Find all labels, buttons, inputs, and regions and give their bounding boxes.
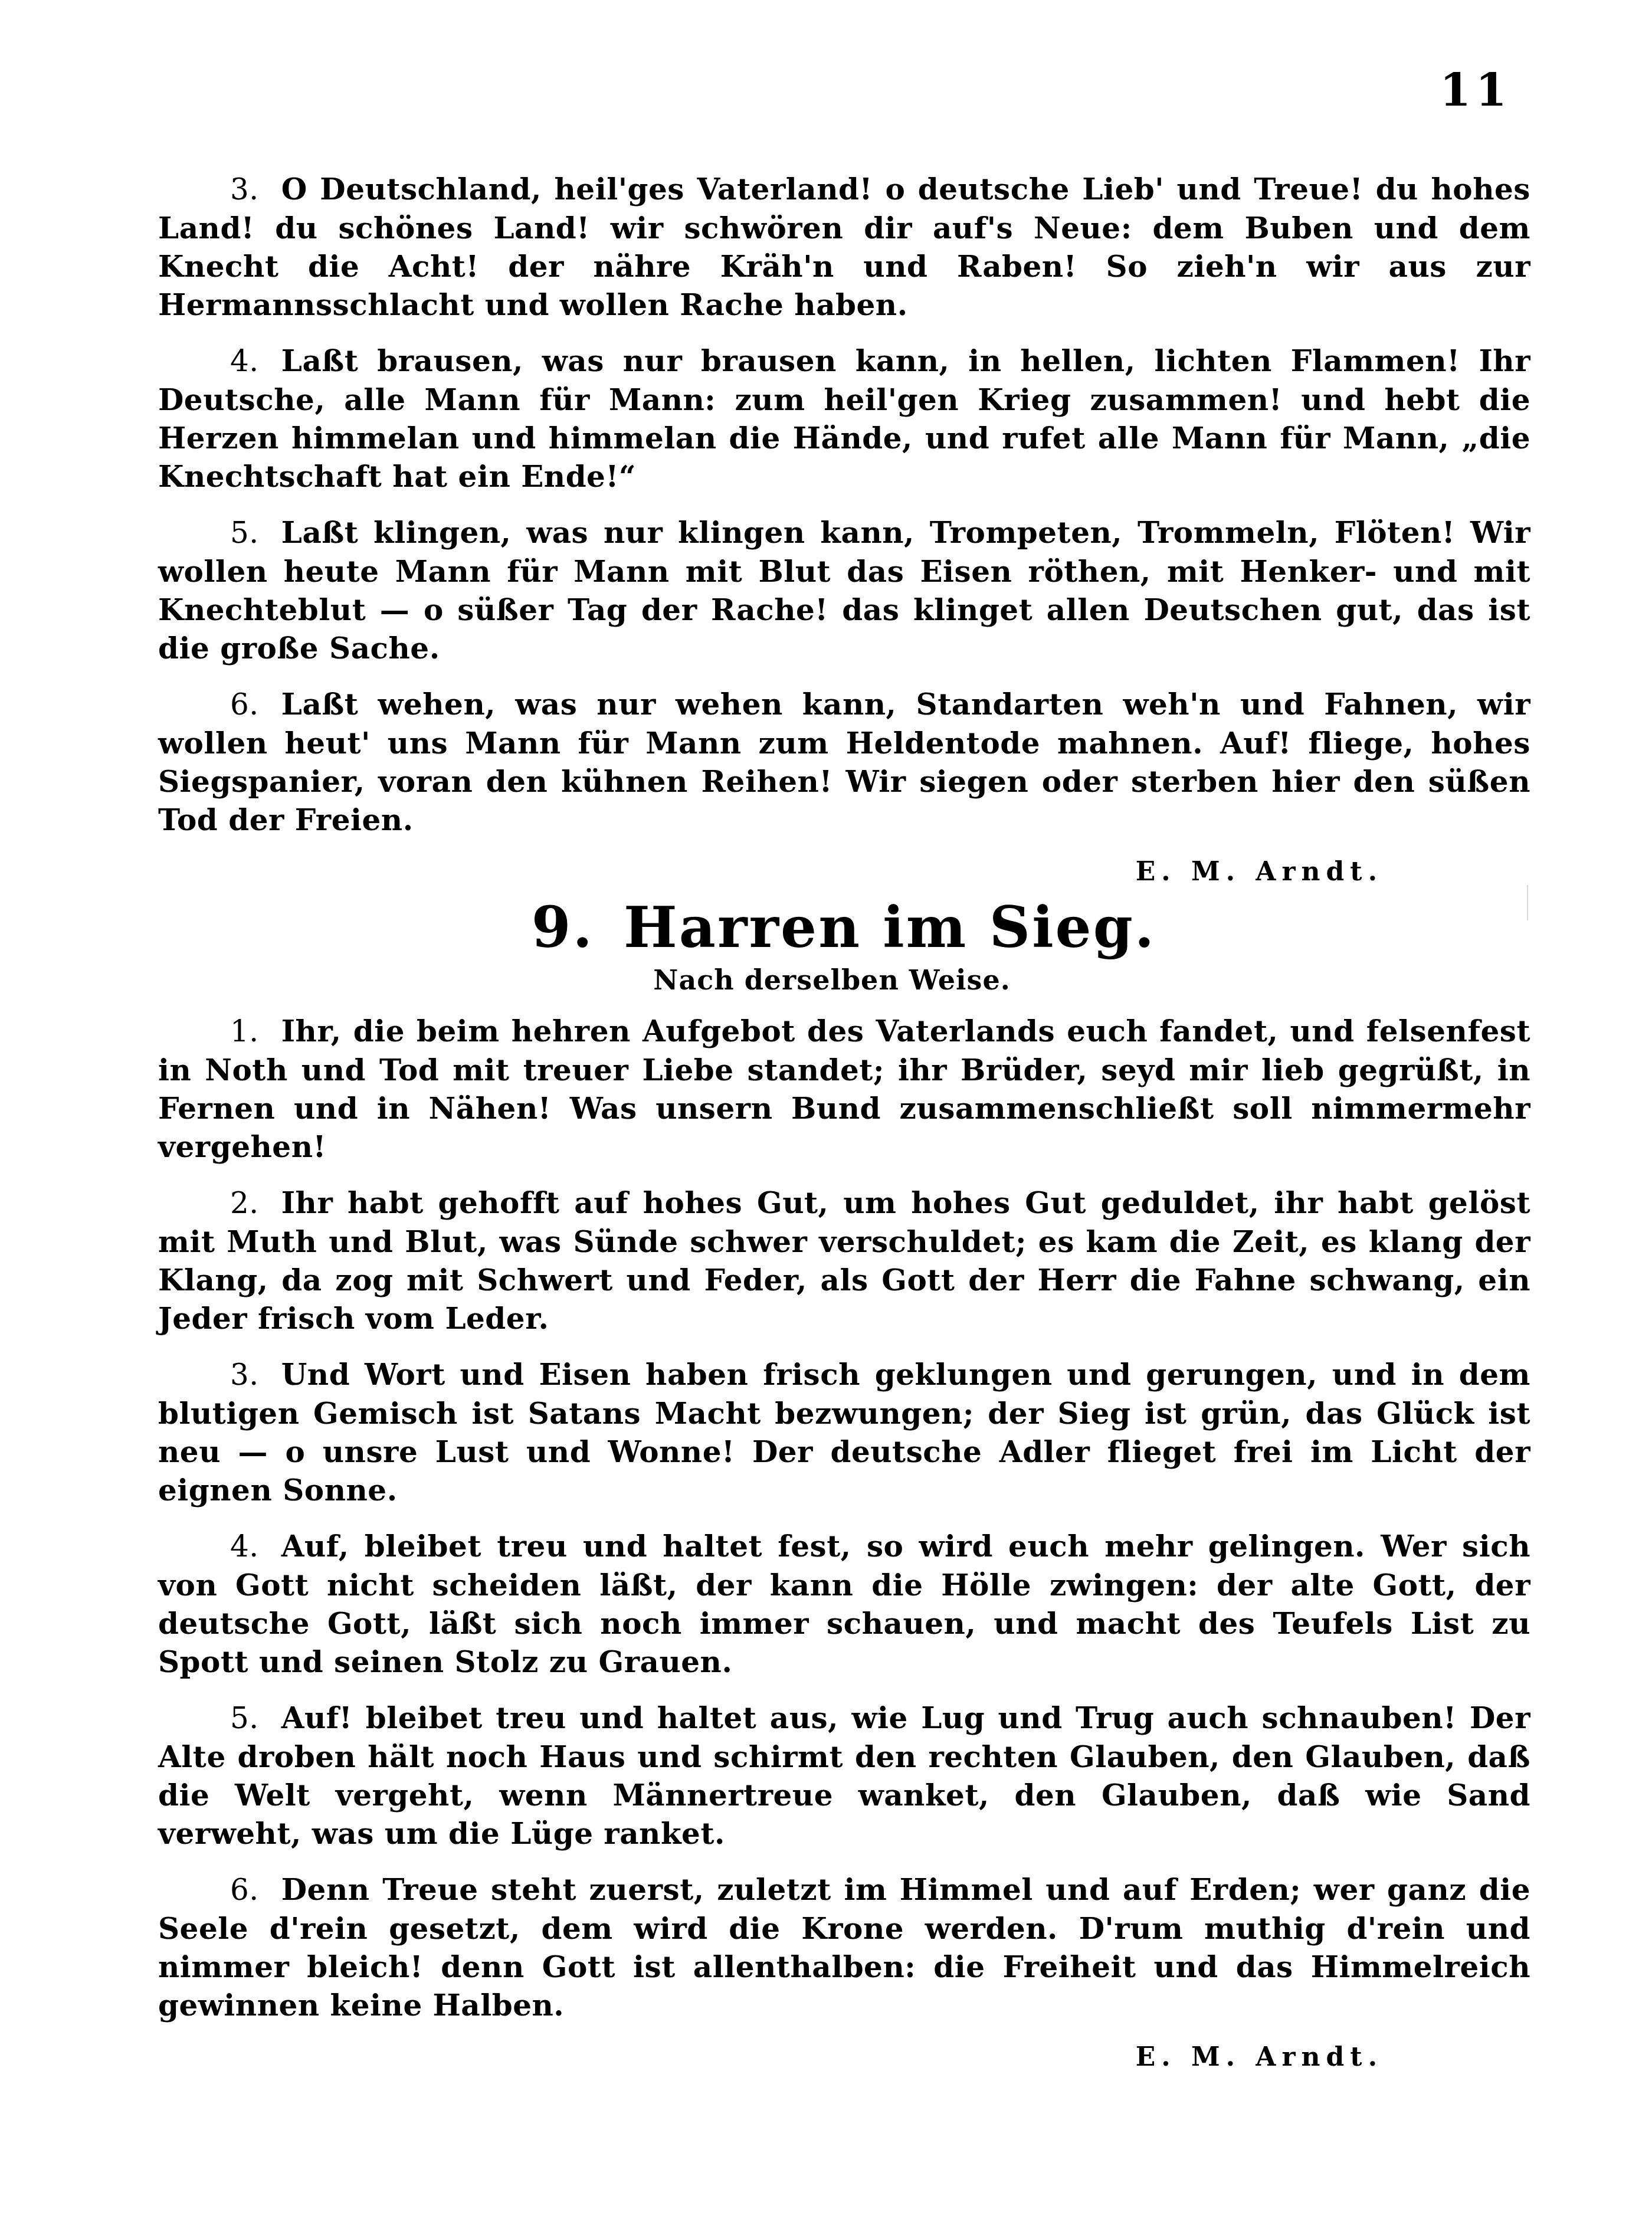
stanza-text: Laßt brausen, was nur brausen kann, in h…	[158, 343, 1530, 494]
stanza-text: Und Wort und Eisen haben frisch geklunge…	[158, 1357, 1530, 1508]
stanza: 2.Ihr habt gehofft auf hohes Gut, um hoh…	[158, 1184, 1530, 1338]
stanza-text: Ihr habt gehofft auf hohes Gut, um hohes…	[158, 1185, 1530, 1336]
stanza: 4.Laßt brausen, was nur brausen kann, in…	[158, 342, 1530, 496]
stanza-text: O Deutschland, heil'ges Vaterland! o deu…	[158, 172, 1530, 322]
stanza: 5.Laßt klingen, was nur klingen kann, Tr…	[158, 513, 1530, 667]
stanza-number: 3.	[230, 1356, 259, 1394]
stanza-text: Laßt wehen, was nur wehen kann, Standart…	[158, 687, 1530, 837]
stanza-text: Auf, bleibet treu und haltet fest, so wi…	[158, 1529, 1530, 1679]
page-number: 11	[1440, 64, 1512, 116]
stanza: 3.Und Wort und Eisen haben frisch geklun…	[158, 1355, 1530, 1509]
stanza-number: 1.	[230, 1012, 259, 1051]
song-subtitle: Nach derselben Weise.	[12, 964, 1652, 996]
stanza: 5.Auf! bleibet treu und haltet aus, wie …	[158, 1699, 1530, 1853]
previous-song-continuation: 3.O Deutschland, heil'ges Vaterland! o d…	[158, 170, 1530, 887]
song-header: 9.Harren im Sieg. Nach derselben Weise.	[0, 894, 1652, 996]
author-byline: E. M. Arndt.	[158, 857, 1530, 887]
stanza-number: 6.	[230, 686, 259, 724]
stanza-text: Auf! bleibet treu und haltet aus, wie Lu…	[158, 1700, 1530, 1851]
stanza-text: Ihr, die beim hehren Aufgebot des Vaterl…	[158, 1014, 1530, 1164]
stanza-number: 2.	[230, 1184, 259, 1223]
stanza: 4.Auf, bleibet treu und haltet fest, so …	[158, 1527, 1530, 1681]
stanza-number: 4.	[230, 1528, 259, 1566]
stanza: 1.Ihr, die beim hehren Aufgebot des Vate…	[158, 1012, 1530, 1166]
song-body: 1.Ihr, die beim hehren Aufgebot des Vate…	[158, 1012, 1530, 2072]
stanza-number: 4.	[230, 342, 259, 381]
song-title-text: Harren im Sieg.	[624, 894, 1156, 961]
song-number: 9.	[532, 894, 594, 961]
song-title: 9.Harren im Sieg.	[35, 894, 1652, 961]
stanza: 6.Laßt wehen, was nur wehen kann, Standa…	[158, 685, 1530, 839]
stanza: 6.Denn Treue steht zuerst, zuletzt im Hi…	[158, 1870, 1530, 2024]
stanza-number: 5.	[230, 1699, 259, 1738]
stanza-number: 5.	[230, 514, 259, 552]
stanza-text: Laßt klingen, was nur klingen kann, Trom…	[158, 515, 1530, 666]
author-byline: E. M. Arndt.	[158, 2042, 1530, 2072]
stanza-number: 6.	[230, 1871, 259, 1909]
stanza-number: 3.	[230, 171, 259, 209]
stanza: 3.O Deutschland, heil'ges Vaterland! o d…	[158, 170, 1530, 324]
stanza-text: Denn Treue steht zuerst, zuletzt im Himm…	[158, 1872, 1530, 2023]
